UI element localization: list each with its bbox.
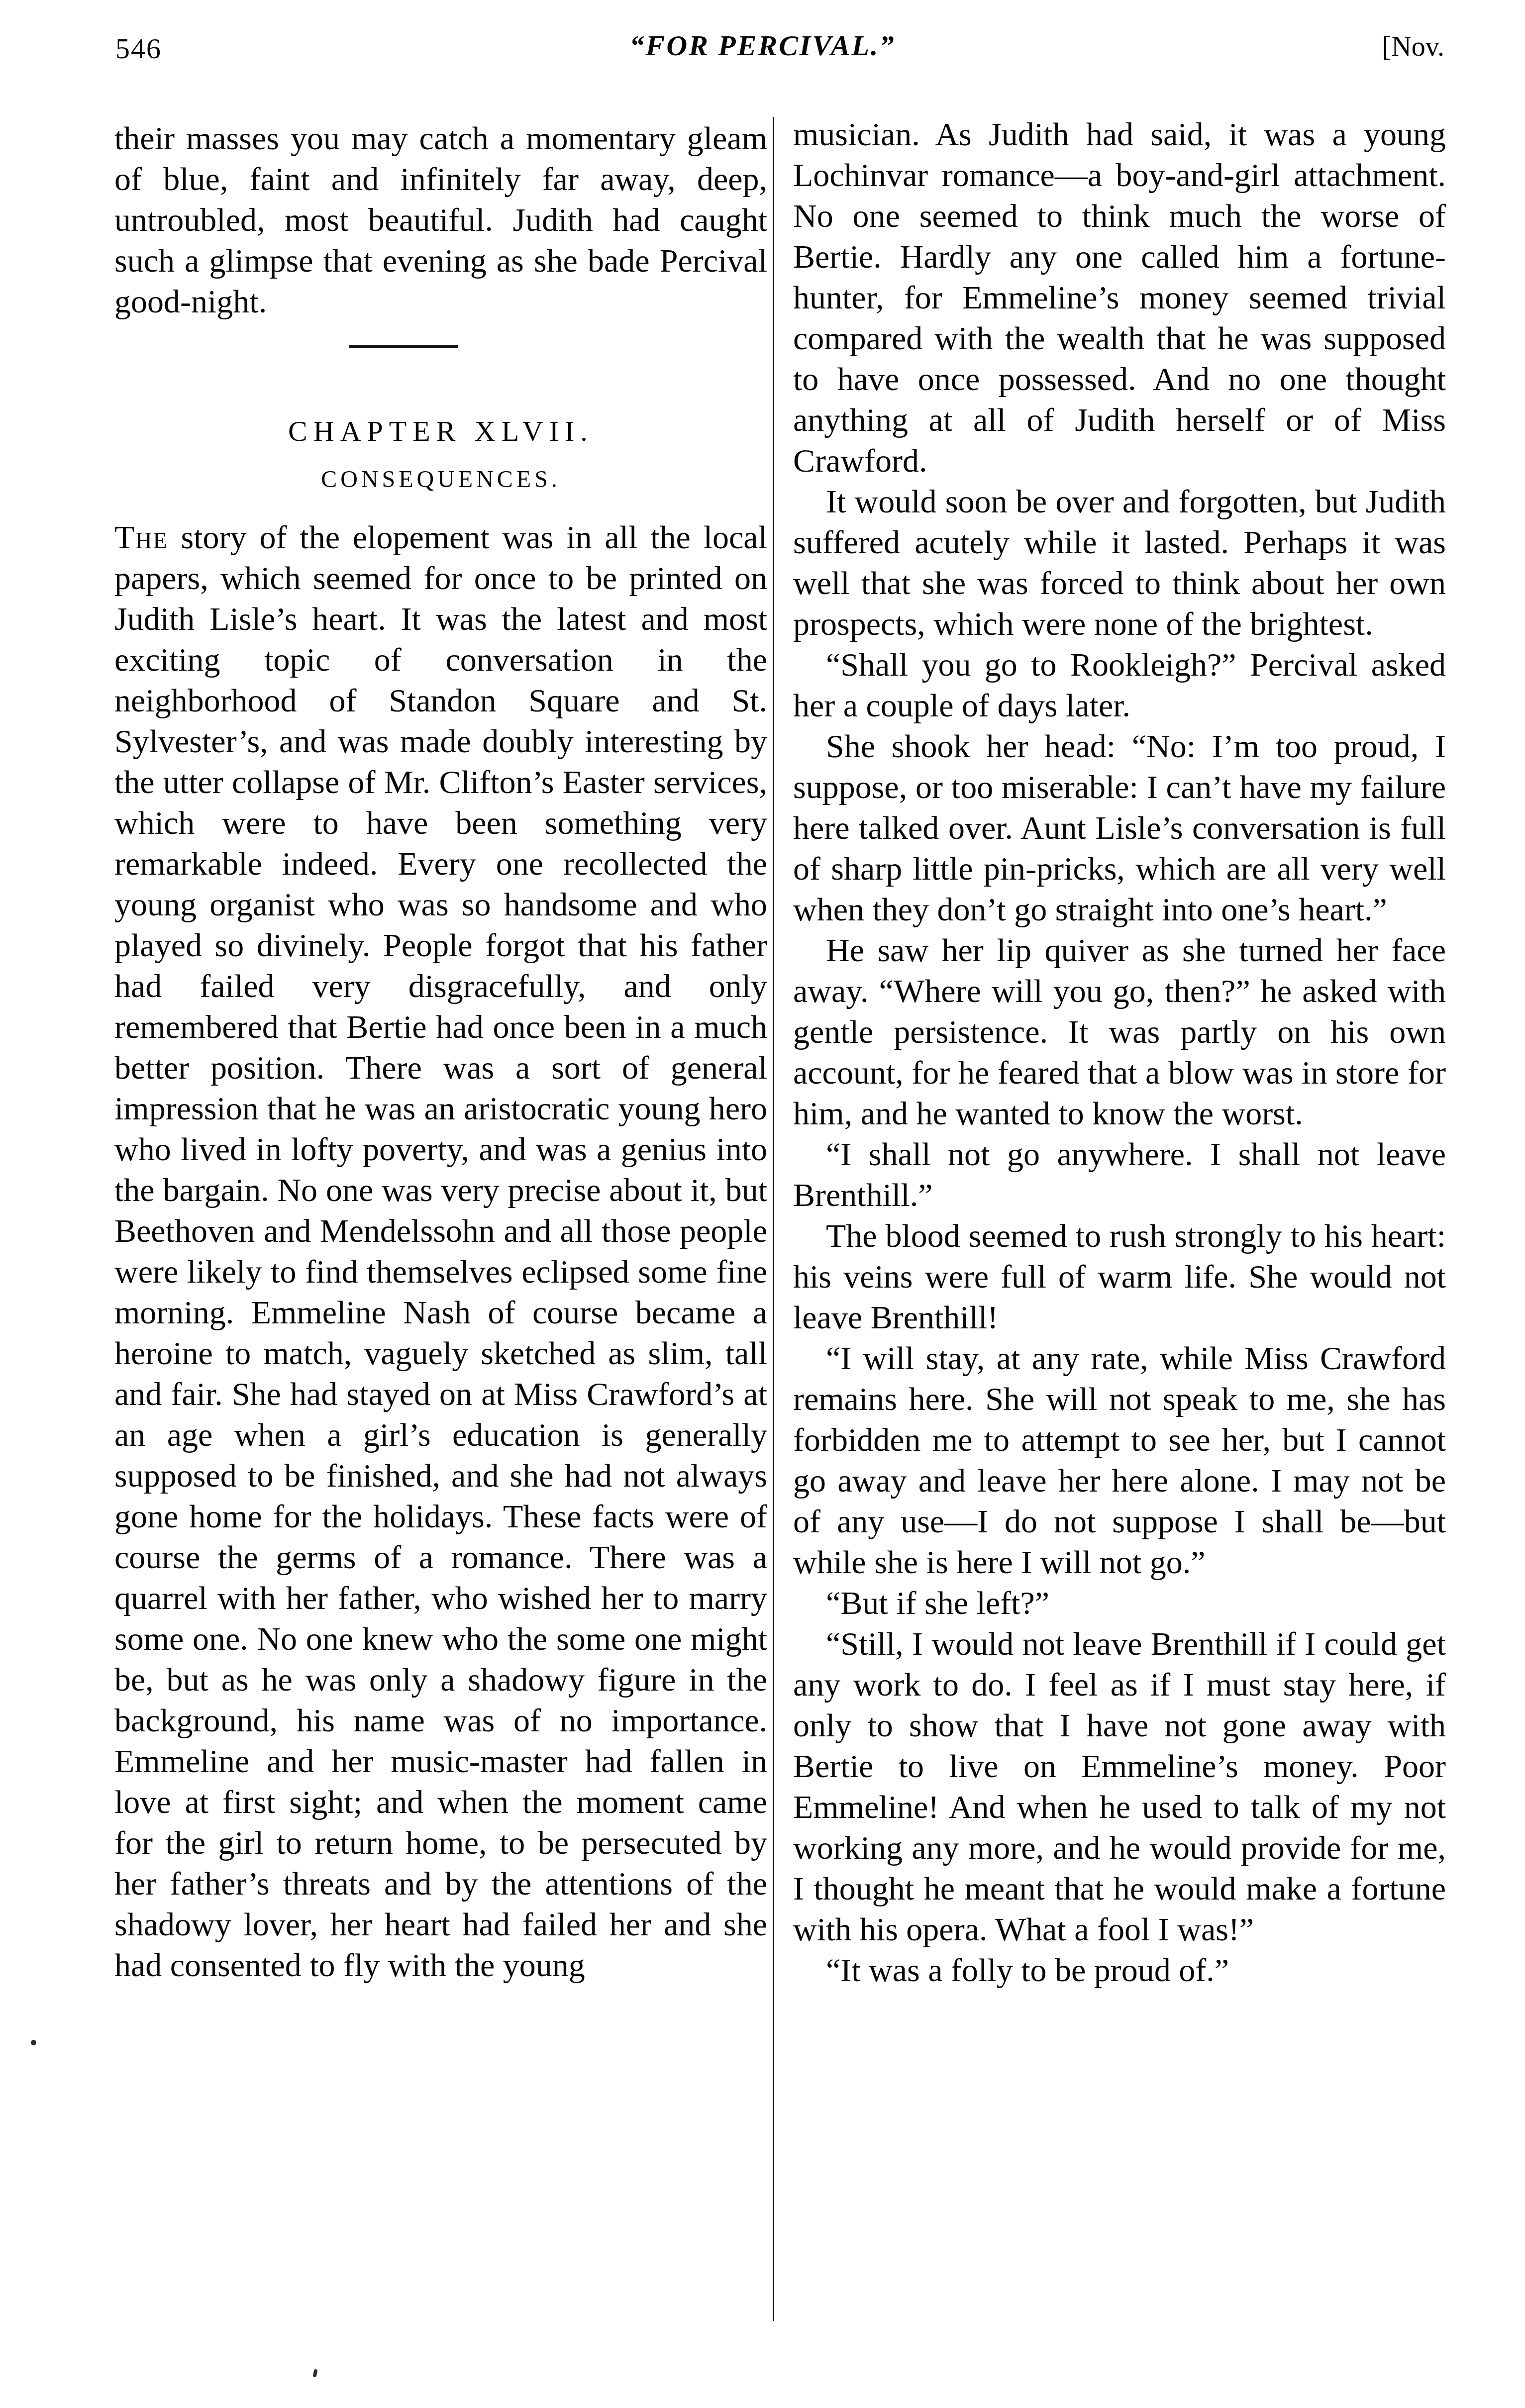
paragraph: The blood seemed to rush strongly to his… — [793, 1216, 1446, 1338]
continuation-paragraph: their masses you may catch a momentary g… — [114, 118, 767, 322]
page-header: 546 “FOR PERCIVAL.” [Nov. — [0, 29, 1525, 74]
column-divider-rule — [773, 117, 774, 2321]
paragraph: It would soon be over and forgotten, but… — [793, 482, 1446, 645]
chapter-opening-paragraph: The story of the elopement was in all th… — [114, 517, 767, 1986]
right-column: musician. As Judith had said, it was a y… — [793, 114, 1446, 1991]
paragraph: “Shall you go to Rookleigh?” Percival as… — [793, 645, 1446, 726]
left-column: their masses you may catch a momentary g… — [114, 118, 767, 1986]
paragraph: She shook her head: “No: I’m too proud, … — [793, 726, 1446, 930]
chapter-opening-text: story of the elopement was in all the lo… — [114, 519, 767, 1984]
ink-speck — [312, 2369, 317, 2377]
lead-word: The — [114, 519, 168, 556]
paragraph: musician. As Judith had said, it was a y… — [793, 114, 1446, 482]
paragraph: He saw her lip quiver as she turned her … — [793, 930, 1446, 1134]
page-number: 546 — [115, 32, 162, 65]
paragraph: “It was a folly to be proud of.” — [793, 1950, 1446, 1991]
paragraph: “I will stay, at any rate, while Miss Cr… — [793, 1338, 1446, 1583]
paragraph: “Still, I would not leave Brenthill if I… — [793, 1624, 1446, 1950]
chapter-heading: CHAPTER XLVII. — [114, 416, 767, 447]
section-divider-rule — [349, 345, 458, 348]
paragraph: “I shall not go anywhere. I shall not le… — [793, 1134, 1446, 1216]
paragraph: “But if she left?” — [793, 1583, 1446, 1624]
chapter-subheading: CONSEQUENCES. — [114, 467, 767, 493]
issue-label: [Nov. — [1382, 31, 1444, 63]
running-title: “FOR PERCIVAL.” — [630, 29, 896, 62]
ink-speck — [31, 2040, 36, 2045]
book-page: 546 “FOR PERCIVAL.” [Nov. their masses y… — [0, 0, 1525, 2408]
